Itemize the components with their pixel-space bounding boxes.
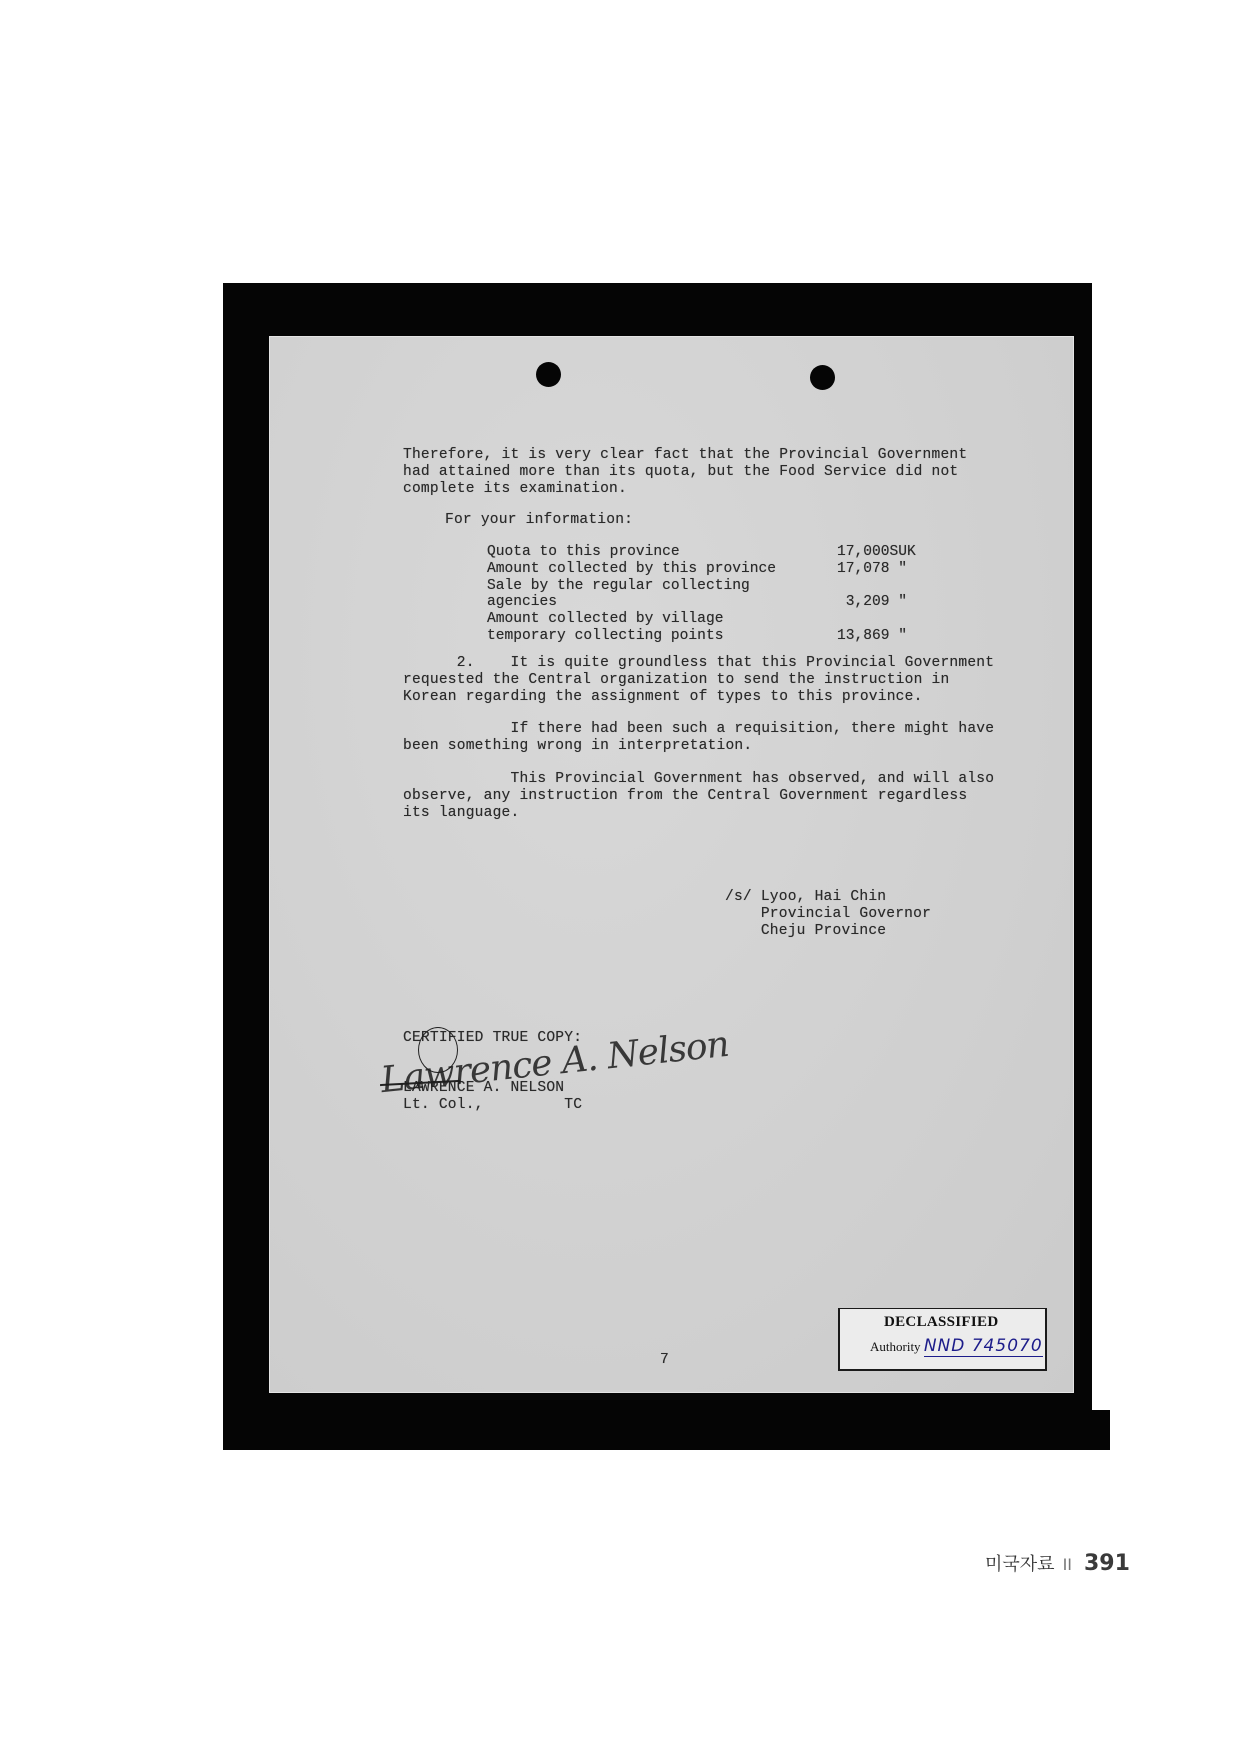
footer-volume: II bbox=[1063, 1555, 1072, 1574]
row-label: Amount collected by village bbox=[487, 611, 723, 628]
footer-section: 미국자료 bbox=[985, 1554, 1055, 1575]
document-page: Therefore, it is very clear fact that th… bbox=[270, 337, 1073, 1392]
row-value bbox=[837, 578, 917, 595]
stamp-title: DECLASSIFIED bbox=[884, 1314, 998, 1331]
footer-page-number: 391 bbox=[1084, 1551, 1130, 1576]
stamp-authority-value: NND 745070 bbox=[924, 1336, 1043, 1357]
row-label: Sale by the regular collecting bbox=[487, 578, 750, 595]
row-label: Quota to this province bbox=[487, 544, 680, 561]
table-row: Sale by the regular collecting bbox=[487, 578, 917, 595]
row-label: temporary collecting points bbox=[487, 628, 723, 645]
table-row: agencies 3,209 " bbox=[487, 594, 917, 611]
declassified-stamp: DECLASSIFIED Authority NND 745070 bbox=[838, 1308, 1047, 1371]
row-value: 17,000SUK bbox=[837, 544, 917, 561]
row-value: 3,209 " bbox=[837, 594, 917, 611]
quota-table: Quota to this province 17,000SUK Amount … bbox=[487, 544, 917, 645]
table-row: Quota to this province 17,000SUK bbox=[487, 544, 917, 561]
row-value: 17,078 " bbox=[837, 561, 917, 578]
table-row: temporary collecting points 13,869 " bbox=[487, 628, 917, 645]
punch-hole-icon bbox=[536, 362, 561, 387]
row-value bbox=[837, 611, 917, 628]
paragraph-2: 2. It is quite groundless that this Prov… bbox=[403, 655, 994, 705]
punch-hole-icon bbox=[810, 365, 835, 390]
page-number: 7 bbox=[660, 1352, 669, 1369]
book-footer: 미국자료II391 bbox=[985, 1550, 1130, 1576]
paragraph-conclusion: Therefore, it is very clear fact that th… bbox=[403, 447, 967, 497]
stamp-authority: Authority NND 745070 bbox=[870, 1336, 1043, 1356]
row-label: Amount collected by this province bbox=[487, 561, 776, 578]
table-row: Amount collected by village bbox=[487, 611, 917, 628]
governor-signature-block: /s/ Lyoo, Hai Chin Provincial Governor C… bbox=[725, 889, 931, 939]
row-label: agencies bbox=[487, 594, 557, 611]
table-row: Amount collected by this province 17,078… bbox=[487, 561, 917, 578]
scan-frame-edge bbox=[1092, 1410, 1110, 1450]
paragraph-observance: This Provincial Government has observed,… bbox=[403, 771, 994, 821]
stamp-authority-label: Authority bbox=[870, 1339, 921, 1354]
paragraph-requisition: If there had been such a requisition, th… bbox=[403, 721, 994, 755]
info-intro: For your information: bbox=[445, 512, 633, 529]
row-value: 13,869 " bbox=[837, 628, 917, 645]
